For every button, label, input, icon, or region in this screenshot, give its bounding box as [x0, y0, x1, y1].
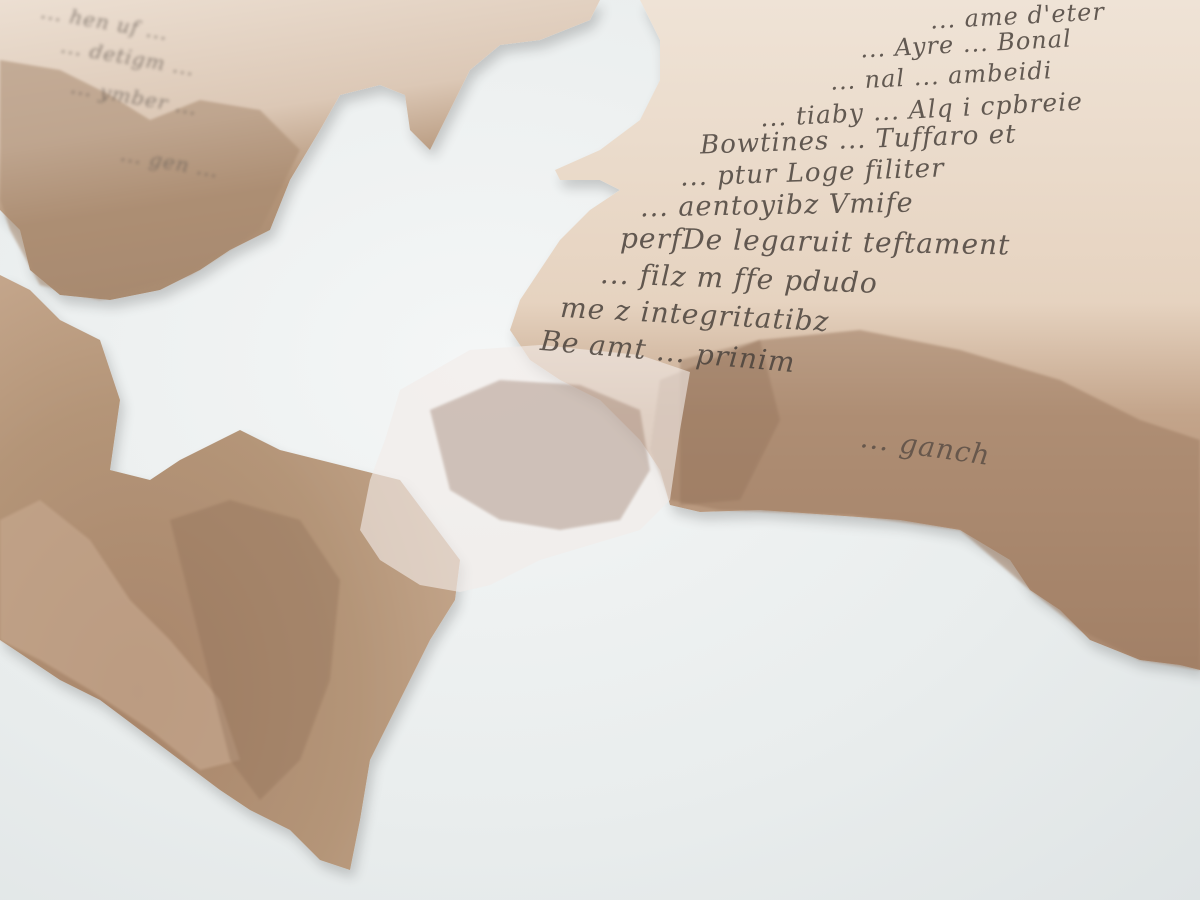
manuscript-line: perfDe legaruit teftament	[620, 222, 1011, 262]
manuscript-line: ... aentoyibz Vmife	[640, 188, 914, 224]
photo-scene: ... ame d'eter ... Ayre ... Bonal ... na…	[0, 0, 1200, 900]
parchment-fragments	[0, 0, 1200, 900]
